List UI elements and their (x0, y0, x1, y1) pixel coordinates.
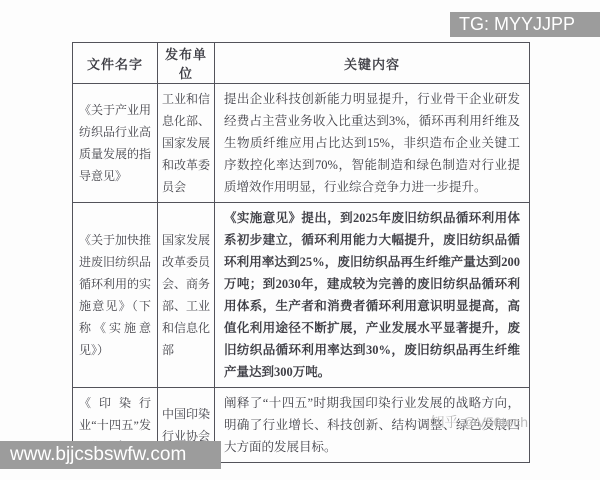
header-publisher: 发布单位 (158, 43, 215, 84)
telegram-watermark-badge: TG: MYYJJPP (450, 12, 600, 37)
file-name-cell: 《关于产业用纺织品行业高质量发展的指导意见》 (73, 84, 158, 203)
table-header-row: 文件名字 发布单位 关键内容 (73, 43, 530, 84)
key-content-cell: 《实施意见》提出，到2025年废旧纺织品循环利用体系初步建立，循环利用能力大幅提… (215, 203, 530, 388)
website-watermark-badge: www.bjjcsbswfw.com (0, 441, 221, 469)
header-key-content: 关键内容 (215, 43, 530, 84)
scanned-document-page: 文件名字 发布单位 关键内容 《关于产业用纺织品行业高质量发展的指导意见》 工业… (0, 0, 600, 480)
file-name-cell: 《关于加快推进废旧纺织品循环利用的实施意见》（下称《实施意见》） (73, 203, 158, 388)
header-file-name: 文件名字 (73, 43, 158, 84)
publisher-cell: 工业和信息化部、国家发展和改革委员会 (158, 84, 215, 203)
table-row: 《关于产业用纺织品行业高质量发展的指导意见》 工业和信息化部、国家发展和改革委员… (73, 84, 530, 203)
policy-documents-table: 文件名字 发布单位 关键内容 《关于产业用纺织品行业高质量发展的指导意见》 工业… (72, 42, 530, 463)
table-row: 《关于加快推进废旧纺织品循环利用的实施意见》（下称《实施意见》） 国家发展改革委… (73, 203, 530, 388)
key-content-cell: 提出企业科技创新能力明显提升，行业骨干企业研发经费占主营业务收入比重达到3%，循… (215, 84, 530, 203)
zhihu-watermark: 知乎 @V50tech (400, 412, 528, 432)
publisher-cell: 国家发展改革委员会、商务部、工业和信息化部 (158, 203, 215, 388)
